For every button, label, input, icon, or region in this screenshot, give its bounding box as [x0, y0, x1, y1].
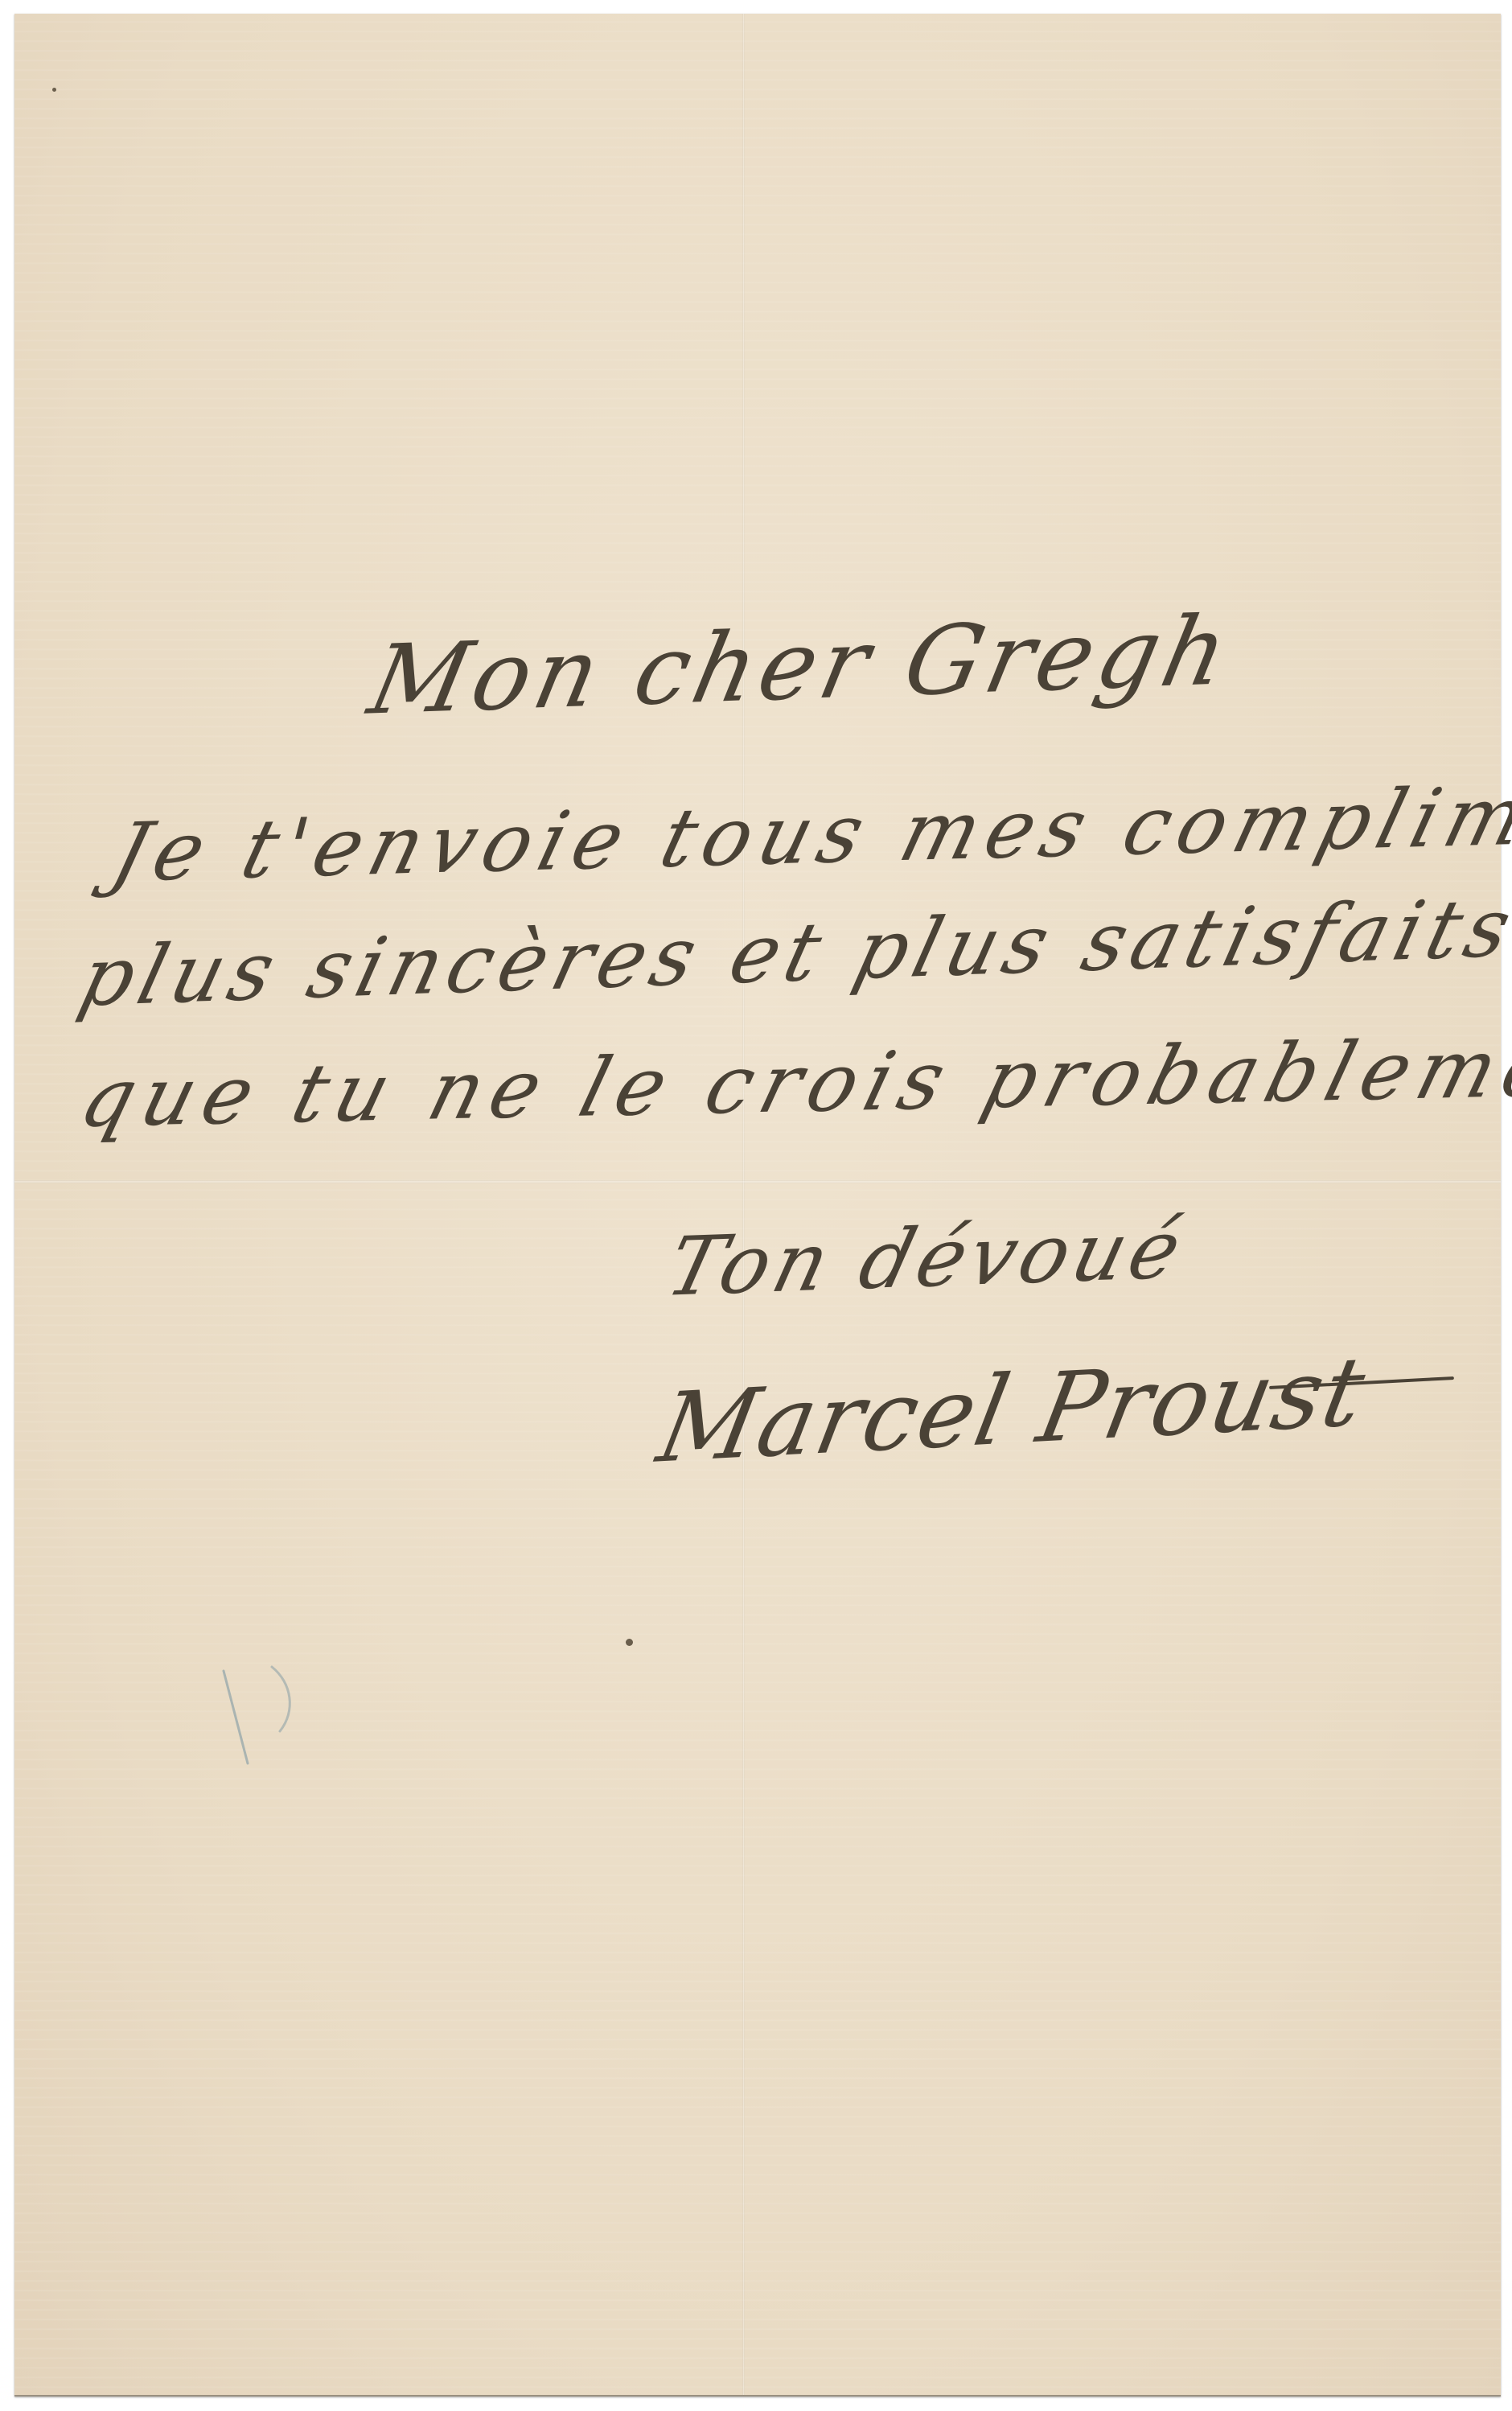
body-line-1: Je t'envoie tous mes compliments — [103, 763, 1512, 900]
ink-spot — [626, 1639, 633, 1646]
paper-speck — [52, 88, 56, 92]
closing: Ton dévoué — [658, 1202, 1195, 1315]
faint-pencil-mark — [216, 1663, 312, 1767]
horizontal-fold-crease — [14, 1180, 1501, 1183]
salutation: Mon cher Gregh — [360, 595, 1242, 736]
letter-paper: Mon cher Gregh Je t'envoie tous mes comp… — [14, 14, 1501, 2397]
body-line-2: plus sincères et plus satisfaits — [71, 880, 1512, 1025]
vertical-fold-crease — [742, 14, 745, 2395]
signature: Marcel Proust — [650, 1335, 1375, 1484]
body-line-3: que tu ne le crois probablement — [71, 1018, 1512, 1146]
